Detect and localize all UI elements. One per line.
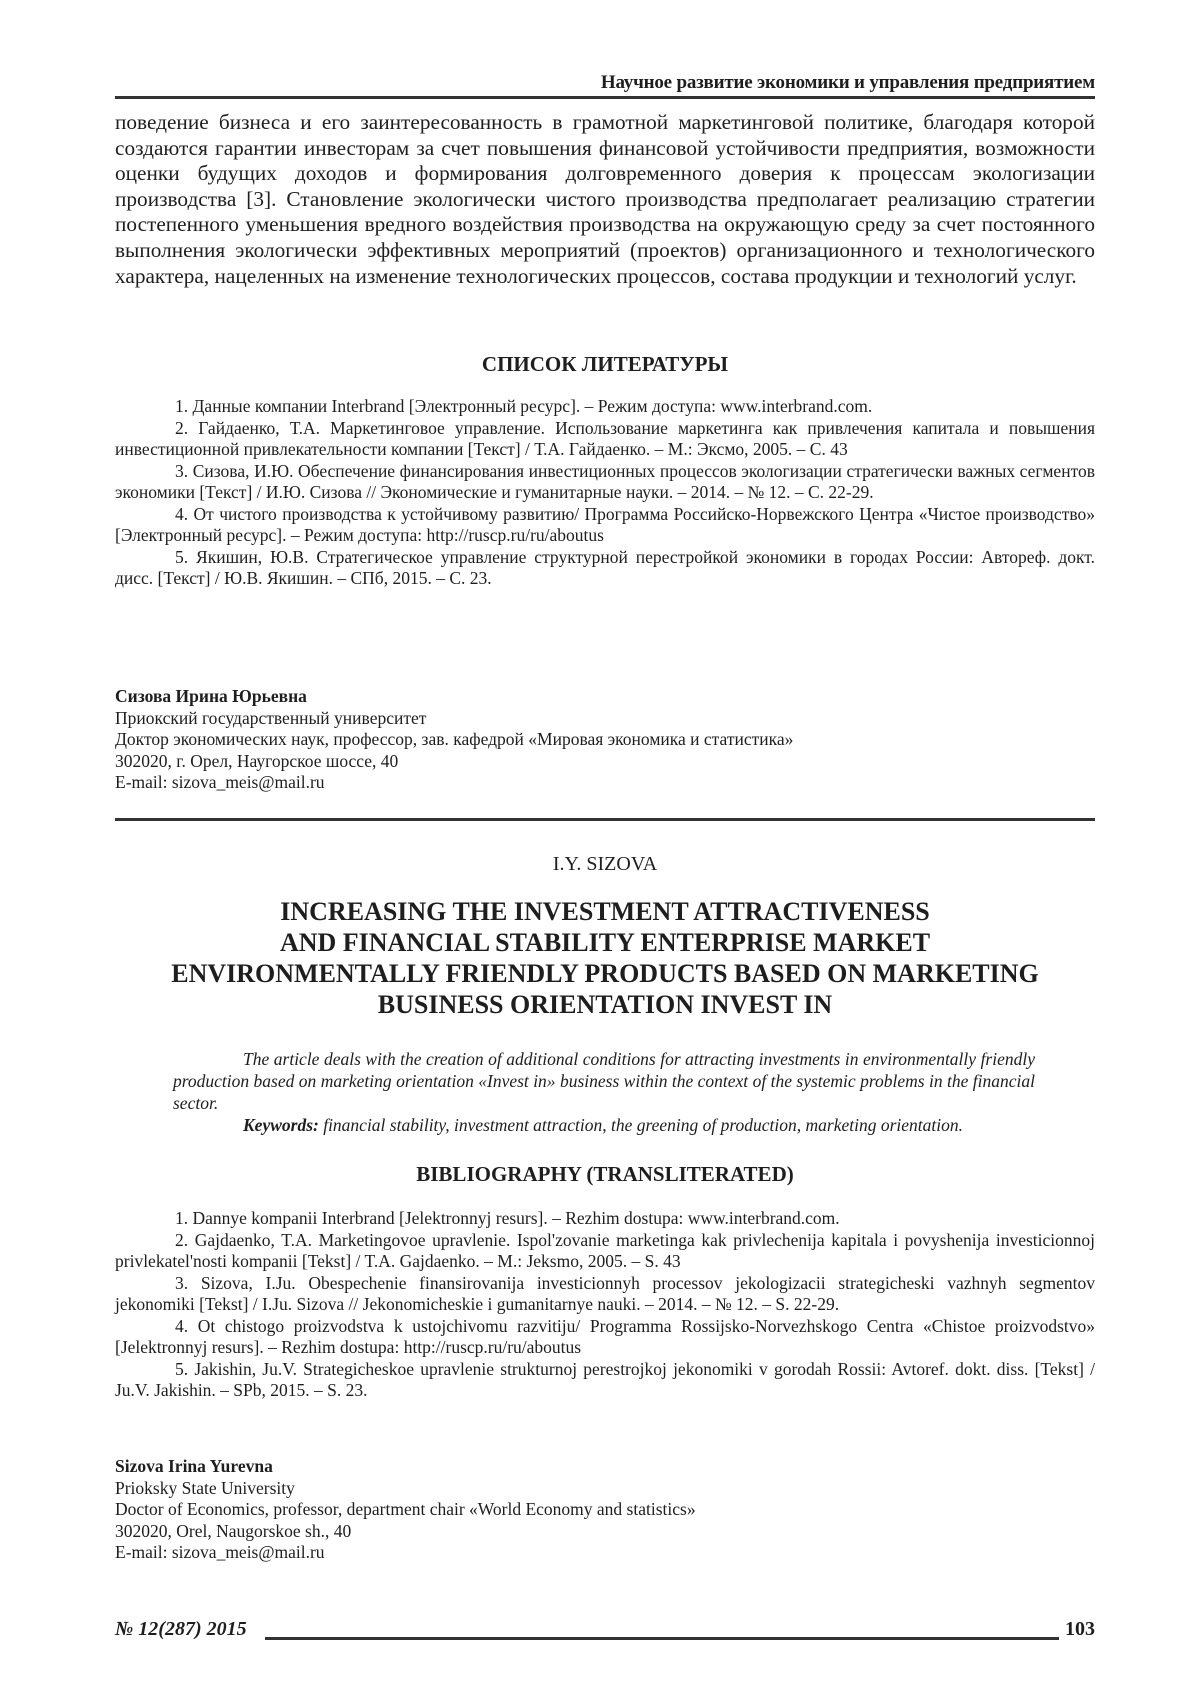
author-email: E-mail: sizova_meis@mail.ru — [115, 1542, 1095, 1564]
title-line: AND FINANCIAL STABILITY ENTERPRISE MARKE… — [115, 927, 1095, 958]
page-footer: № 12(287) 2015 103 — [115, 1616, 1095, 1642]
references-heading-ru: СПИСОК ЛИТЕРАТУРЫ — [115, 352, 1095, 376]
author-address: 302020, г. Орел, Наугорское шоссе, 40 — [115, 751, 1095, 773]
body-paragraph: поведение бизнеса и его заинтересованнос… — [115, 110, 1095, 289]
footer-rule — [265, 1637, 1059, 1640]
author-address: 302020, Orel, Naugorskoe sh., 40 — [115, 1521, 1095, 1543]
reference-item: 1. Данные компании Interbrand [Электронн… — [115, 396, 1095, 418]
keywords-text: financial stability, investment attracti… — [319, 1115, 963, 1135]
title-line: BUSINESS ORIENTATION INVEST IN — [115, 989, 1095, 1020]
author-info-en: Sizova Irina Yurevna Prioksky State Univ… — [115, 1456, 1095, 1564]
article-title-en: INCREASING THE INVESTMENT ATTRACTIVENESS… — [115, 896, 1095, 1020]
reference-item: 4. Ot chistogo proizvodstva k ustojchivo… — [115, 1316, 1095, 1359]
author-affiliation: Приокский государственный университет — [115, 708, 1095, 730]
references-list-ru: 1. Данные компании Interbrand [Электронн… — [115, 396, 1095, 590]
reference-item: 3. Sizova, I.Ju. Obespechenie finansirov… — [115, 1273, 1095, 1316]
abstract-text: The article deals with the creation of a… — [173, 1048, 1035, 1114]
references-list-en: 1. Dannye kompanii Interbrand [Jelektron… — [115, 1208, 1095, 1402]
keywords: Keywords: financial stability, investmen… — [173, 1114, 1035, 1136]
author-affiliation: Prioksky State University — [115, 1478, 1095, 1500]
author-position: Доктор экономических наук, профессор, за… — [115, 729, 1095, 751]
running-header: Научное развитие экономики и управления … — [115, 72, 1095, 94]
abstract-en: The article deals with the creation of a… — [173, 1048, 1035, 1136]
author-byline-en: I.Y. SIZOVA — [115, 852, 1095, 876]
author-name: Сизова Ирина Юрьевна — [115, 686, 1095, 708]
keywords-label: Keywords: — [243, 1115, 319, 1135]
reference-item: 4. От чистого производства к устойчивому… — [115, 504, 1095, 547]
header-rule — [115, 96, 1095, 99]
reference-item: 5. Jakishin, Ju.V. Strategicheskoe uprav… — [115, 1359, 1095, 1402]
page-number: 103 — [1065, 1616, 1095, 1642]
reference-item: 3. Сизова, И.Ю. Обеспечение финансирован… — [115, 461, 1095, 504]
author-name: Sizova Irina Yurevna — [115, 1456, 1095, 1478]
reference-item: 1. Dannye kompanii Interbrand [Jelektron… — [115, 1208, 1095, 1230]
author-position: Doctor of Economics, professor, departme… — [115, 1499, 1095, 1521]
title-line: INCREASING THE INVESTMENT ATTRACTIVENESS — [115, 896, 1095, 927]
author-info-ru: Сизова Ирина Юрьевна Приокский государст… — [115, 686, 1095, 794]
reference-item: 5. Якишин, Ю.В. Стратегическое управлени… — [115, 547, 1095, 590]
reference-item: 2. Gajdaenko, T.A. Marketingovoe upravle… — [115, 1230, 1095, 1273]
references-heading-en: BIBLIOGRAPHY (TRANSLITERATED) — [115, 1162, 1095, 1186]
title-line: ENVIRONMENTALLY FRIENDLY PRODUCTS BASED … — [115, 958, 1095, 989]
author-email: E-mail: sizova_meis@mail.ru — [115, 772, 1095, 794]
section-separator — [115, 818, 1095, 821]
reference-item: 2. Гайдаенко, Т.А. Маркетинговое управле… — [115, 418, 1095, 461]
issue-number: № 12(287) 2015 — [115, 1616, 251, 1642]
